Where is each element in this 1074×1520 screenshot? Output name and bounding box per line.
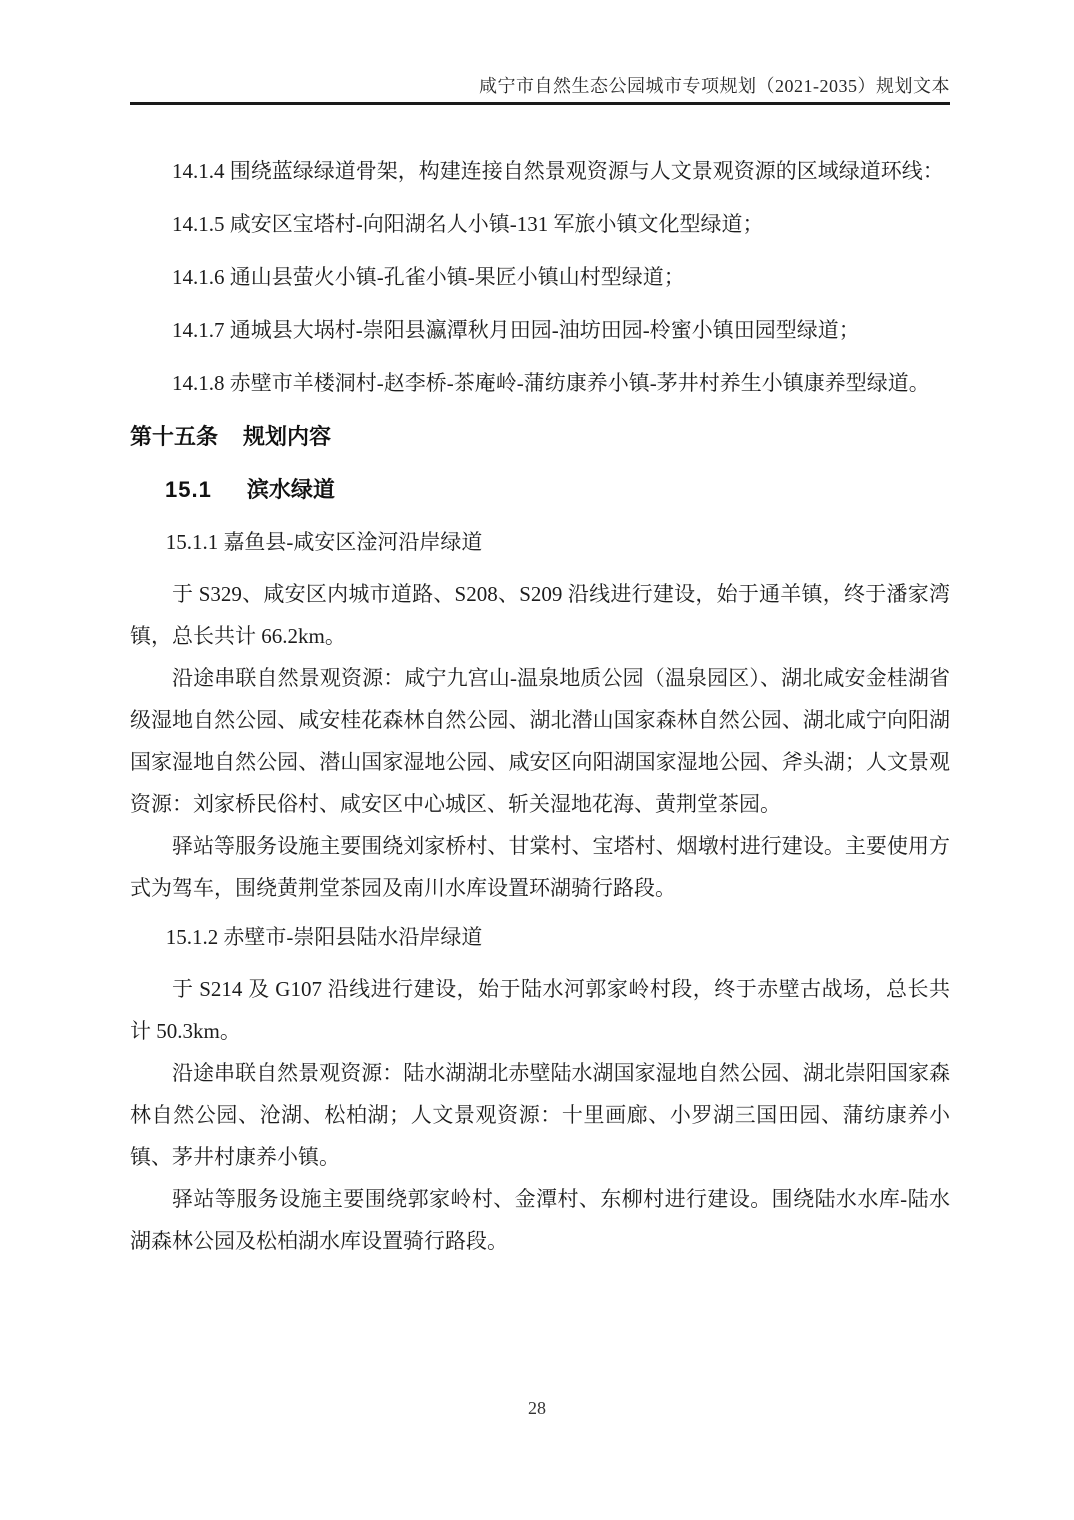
subsection-15-1-1-heading: 15.1.1 嘉鱼县-咸安区淦河沿岸绿道 [130,520,950,565]
clause-14-1-7: 14.1.7 通城县大埚村-崇阳县瀛潭秋月田园-油坊田园-柃蜜小镇田园型绿道； [130,308,950,353]
paragraph-resources-15-1-1: 沿途串联自然景观资源：咸宁九宫山-温泉地质公园（温泉园区）、湖北咸安金桂湖省级湿… [130,657,950,825]
document-page: 咸宁市自然生态公园城市专项规划（2021-2035）规划文本 14.1.4 围绕… [0,0,1074,1520]
article-title: 规划内容 [243,424,331,449]
section-15-1-heading: 15.1滨水绿道 [130,467,950,512]
paragraph-route-15-1-2: 于 S214 及 G107 沿线进行建设，始于陆水河郭家岭村段，终于赤壁古战场，… [130,968,950,1052]
article-number: 第十五条 [130,424,218,449]
subsection-15-1-2-heading: 15.1.2 赤壁市-崇阳县陆水沿岸绿道 [130,915,950,960]
clause-14-1-4: 14.1.4 围绕蓝绿绿道骨架，构建连接自然景观资源与人文景观资源的区域绿道环线… [130,149,950,194]
page-header: 咸宁市自然生态公园城市专项规划（2021-2035）规划文本 [130,76,950,105]
section-number: 15.1 [165,477,212,502]
document-body: 14.1.4 围绕蓝绿绿道骨架，构建连接自然景观资源与人文景观资源的区域绿道环线… [130,149,950,1262]
article-15-heading: 第十五条规划内容 [130,414,950,459]
paragraph-stations-15-1-2: 驿站等服务设施主要围绕郭家岭村、金潭村、东柳村进行建设。围绕陆水水库-陆水湖森林… [130,1178,950,1262]
clause-14-1-8: 14.1.8 赤壁市羊楼洞村-赵李桥-茶庵岭-蒲纺康养小镇-茅井村养生小镇康养型… [130,361,950,406]
page-footer: 28 [0,1398,1074,1419]
paragraph-resources-15-1-2: 沿途串联自然景观资源：陆水湖湖北赤壁陆水湖国家湿地自然公园、湖北崇阳国家森林自然… [130,1052,950,1178]
clause-14-1-5: 14.1.5 咸安区宝塔村-向阳湖名人小镇-131 军旅小镇文化型绿道； [130,202,950,247]
clause-14-1-6: 14.1.6 通山县萤火小镇-孔雀小镇-果匠小镇山村型绿道； [130,255,950,300]
paragraph-stations-15-1-1: 驿站等服务设施主要围绕刘家桥村、甘棠村、宝塔村、烟墩村进行建设。主要使用方式为驾… [130,825,950,909]
paragraph-route-15-1-1: 于 S329、咸安区内城市道路、S208、S209 沿线进行建设，始于通羊镇，终… [130,573,950,657]
page-number: 28 [528,1398,546,1418]
section-title: 滨水绿道 [247,477,335,502]
header-title: 咸宁市自然生态公园城市专项规划（2021-2035）规划文本 [130,76,950,96]
